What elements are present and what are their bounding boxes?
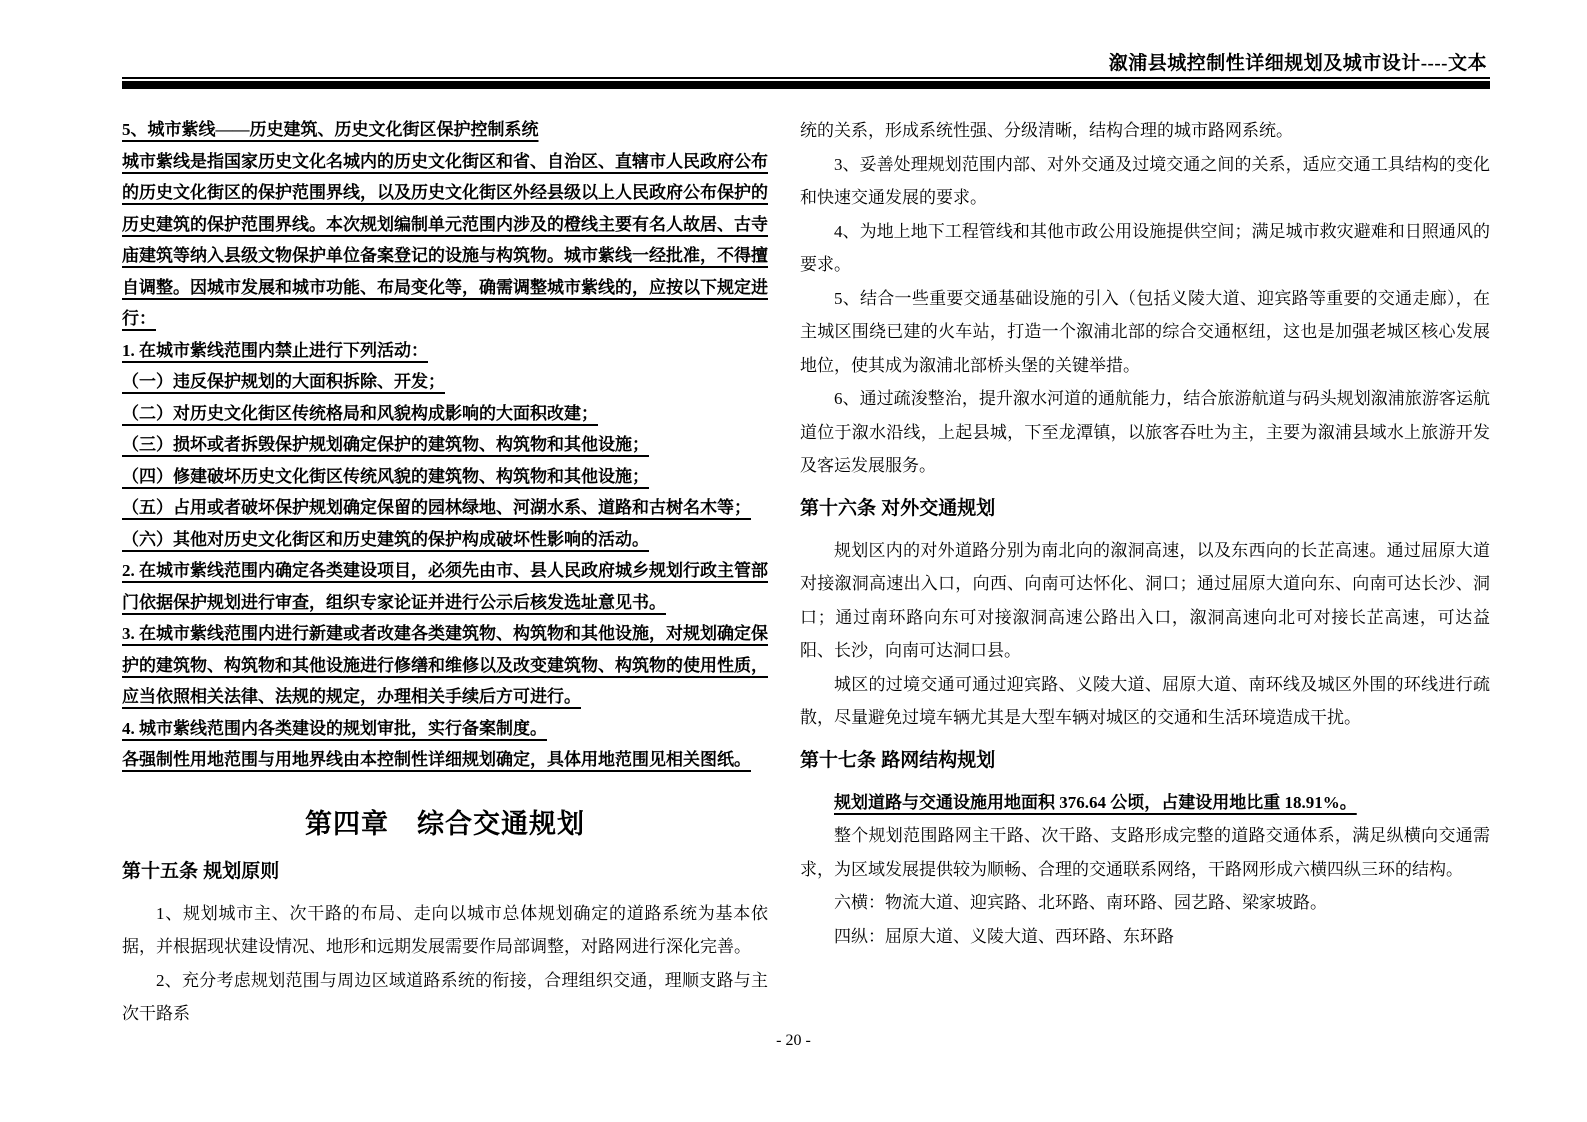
document-page: 溆浦县城控制性详细规划及城市设计----文本 5、城市紫线——历史建筑、历史文化… bbox=[0, 0, 1587, 1122]
purple-closing-note: 各强制性用地范围与用地界线由本控制性详细规划确定，具体用地范围见相关图纸。 bbox=[122, 744, 768, 776]
purple-line-heading: 5、城市紫线——历史建筑、历史文化街区保护控制系统 bbox=[122, 114, 768, 146]
page-footer: - 20 - bbox=[0, 1032, 1587, 1050]
purple-rule-3: 3. 在城市紫线范围内进行新建或者改建各类建筑物、构筑物和其他设施，对规划确定保… bbox=[122, 618, 768, 713]
article-15-paragraph-5: 5、结合一些重要交通基础设施的引入（包括义陵大道、迎宾路等重要的交通走廊），在主… bbox=[800, 282, 1490, 383]
article-16-paragraph-2: 城区的过境交通可通过迎宾路、义陵大道、屈原大道、南环线及城区外围的环线进行疏散，… bbox=[800, 668, 1490, 735]
purple-line-intro: 城市紫线是指国家历史文化名城内的历史文化街区和省、自治区、直辖市人民政府公布的历… bbox=[122, 146, 768, 335]
purple-rule-1: 1. 在城市紫线范围内禁止进行下列活动： bbox=[122, 335, 768, 367]
purple-rule-1-item-3: （三）损坏或者拆毁保护规划确定保护的建筑物、构筑物和其他设施； bbox=[122, 429, 768, 461]
article-15-continuation: 统的关系，形成系统性强、分级清晰，结构合理的城市路网系统。 bbox=[800, 114, 1490, 148]
header-rule-thin bbox=[122, 77, 1490, 79]
purple-rule-1-item-2: （二）对历史文化街区传统格局和风貌构成影响的大面积改建； bbox=[122, 398, 768, 430]
purple-rule-1-item-4: （四）修建破坏历史文化街区传统风貌的建筑物、构筑物和其他设施； bbox=[122, 461, 768, 493]
article-17-paragraph-1: 整个规划范围路网主干路、次干路、支路形成完整的道路交通体系，满足纵横向交通需求，… bbox=[800, 819, 1490, 886]
article-16-heading: 第十六条 对外交通规划 bbox=[800, 492, 1490, 526]
page-body: 5、城市紫线——历史建筑、历史文化街区保护控制系统 城市紫线是指国家历史文化名城… bbox=[122, 114, 1490, 1031]
purple-rule-1-item-6: （六）其他对历史文化街区和历史建筑的保护构成破坏性影响的活动。 bbox=[122, 524, 768, 556]
article-15-paragraph-6: 6、通过疏浚整治，提升溆水河道的通航能力，结合旅游航道与码头规划溆浦旅游客运航道… bbox=[800, 382, 1490, 483]
purple-rule-4: 4. 城市紫线范围内各类建设的规划审批，实行备案制度。 bbox=[122, 713, 768, 745]
purple-rule-1-item-1: （一）违反保护规划的大面积拆除、开发； bbox=[122, 366, 768, 398]
article-15-heading: 第十五条 规划原则 bbox=[122, 855, 768, 889]
article-16-paragraph-1: 规划区内的对外道路分别为南北向的溆洞高速，以及东西向的长芷高速。通过屈原大道对接… bbox=[800, 534, 1490, 668]
purple-line-section: 5、城市紫线——历史建筑、历史文化街区保护控制系统 城市紫线是指国家历史文化名城… bbox=[122, 114, 768, 776]
purple-rule-1-item-5: （五）占用或者破坏保护规划确定保留的园林绿地、河湖水系、道路和古树名木等； bbox=[122, 492, 768, 524]
page-number: - 20 - bbox=[776, 1032, 811, 1049]
article-15-paragraph-3: 3、妥善处理规划范围内部、对外交通及过境交通之间的关系，适应交通工具结构的变化和… bbox=[800, 148, 1490, 215]
right-column: 统的关系，形成系统性强、分级清晰，结构合理的城市路网系统。 3、妥善处理规划范围… bbox=[800, 114, 1490, 1031]
article-17-heading: 第十七条 路网结构规划 bbox=[800, 744, 1490, 778]
article-15-paragraph-1: 1、规划城市主、次干路的布局、走向以城市总体规划确定的道路系统为基本依据，并根据… bbox=[122, 897, 768, 964]
article-17-horizontal-roads: 六横：物流大道、迎宾路、北环路、南环路、园艺路、梁家坡路。 bbox=[800, 886, 1490, 920]
purple-rule-2: 2. 在城市紫线范围内确定各类建设项目，必须先由市、县人民政府城乡规划行政主管部… bbox=[122, 555, 768, 618]
article-17-vertical-roads: 四纵：屈原大道、义陵大道、西环路、东环路 bbox=[800, 920, 1490, 954]
header-rule-thick bbox=[122, 81, 1490, 89]
header-title: 溆浦县城控制性详细规划及城市设计----文本 bbox=[1109, 48, 1487, 75]
article-15-paragraph-4: 4、为地上地下工程管线和其他市政公用设施提供空间；满足城市救灾避难和日照通风的要… bbox=[800, 215, 1490, 282]
left-column: 5、城市紫线——历史建筑、历史文化街区保护控制系统 城市紫线是指国家历史文化名城… bbox=[122, 114, 768, 1031]
article-15-paragraph-2: 2、充分考虑规划范围与周边区域道路系统的衔接，合理组织交通，理顺支路与主次干路系 bbox=[122, 964, 768, 1031]
chapter-4-heading: 第四章 综合交通规划 bbox=[122, 802, 768, 841]
article-17-key-figure: 规划道路与交通设施用地面积 376.64 公顷，占建设用地比重 18.91%。 bbox=[800, 786, 1490, 820]
